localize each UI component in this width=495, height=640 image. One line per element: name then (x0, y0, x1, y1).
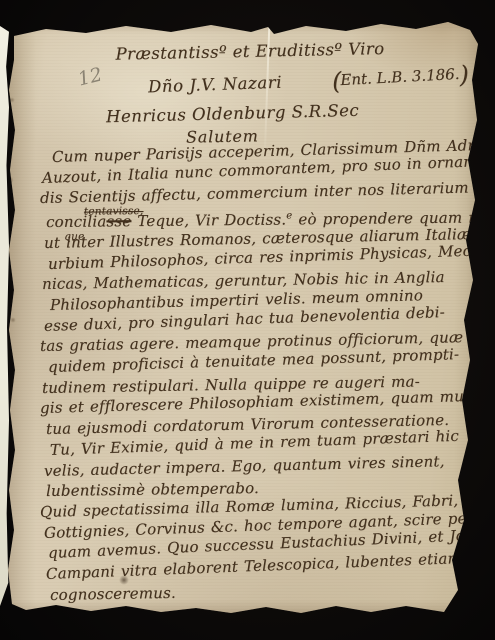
dedication-line: Præstantissº et Eruditissº Viro (6, 37, 480, 66)
letter-body: Cum nuper Parisijs acceperim, Clarissimu… (40, 147, 478, 605)
line-text: Teque, Vir Doctiss. (131, 211, 286, 231)
folio-number: 12 (76, 63, 105, 90)
addressee-line: Dño J.V. Nazari (148, 73, 283, 97)
correction-cluster: conciliassetentavisse,que (46, 212, 131, 231)
sender-line: Henricus Oldenburg S.R.Sec (106, 101, 360, 127)
interlinear-insertion-above: tentavisse, (84, 201, 144, 222)
manuscript-page: Præstantissº et Eruditissº Viro 12 Dño J… (6, 20, 480, 616)
reference-text: Ent. L.B. 3.186. (340, 65, 460, 89)
register-reference: (Ent. L.B. 3.186.) (331, 60, 468, 95)
close-paren: ) (459, 60, 469, 88)
